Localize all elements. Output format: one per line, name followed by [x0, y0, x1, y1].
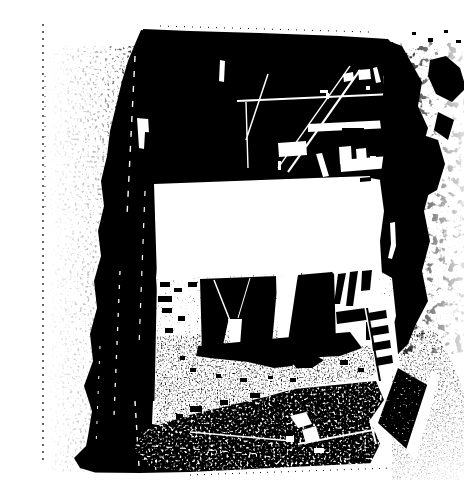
photo: Grainy high-contrast black-and-white pho…	[40, 16, 464, 480]
photo-frame: Grainy high-contrast black-and-white pho…	[40, 16, 464, 480]
white-panel	[154, 176, 378, 279]
